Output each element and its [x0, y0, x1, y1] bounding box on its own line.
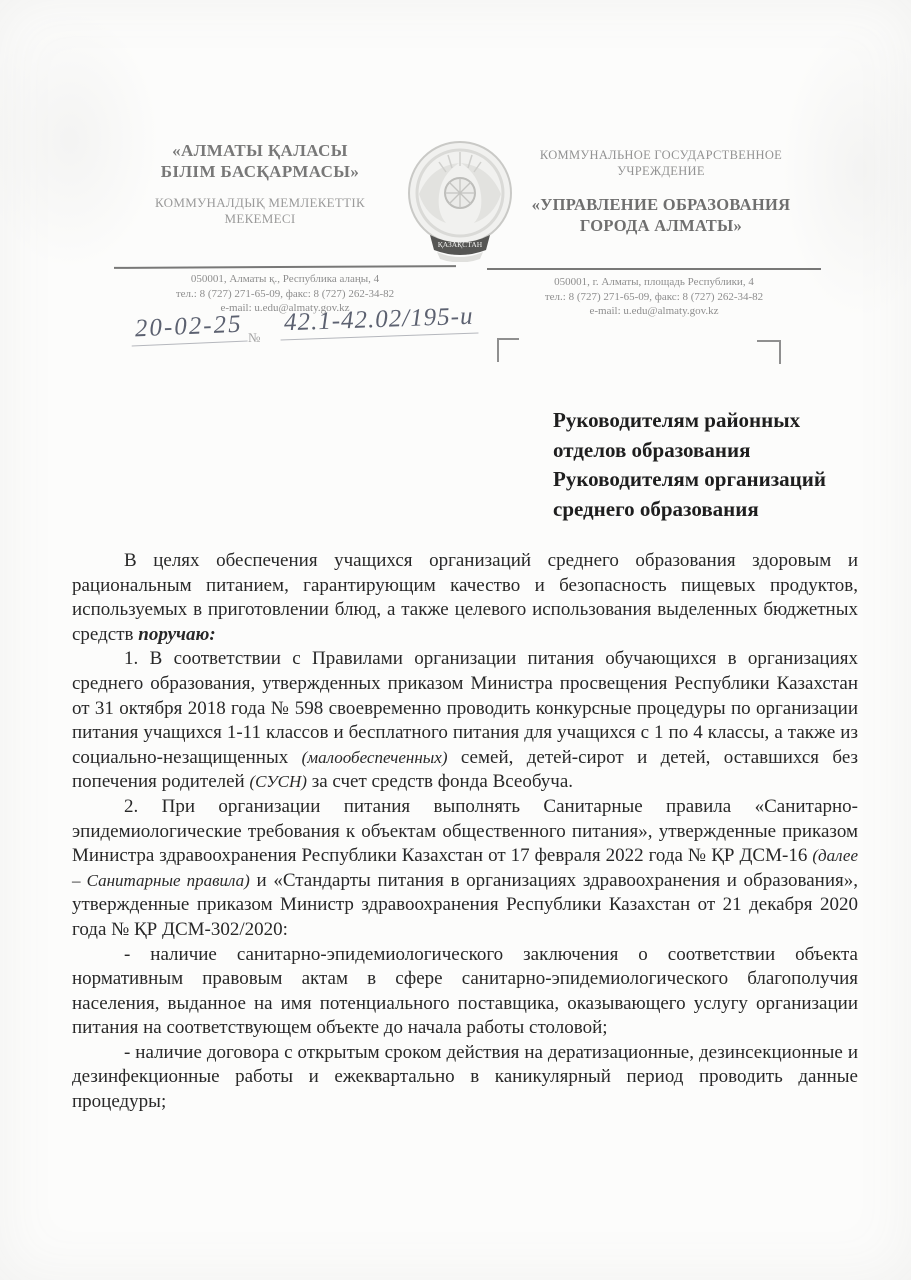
paragraph-item-2: 2. При организации питания выполнять Сан… [72, 795, 858, 943]
address-ru: 050001, г. Алматы, площадь Республики, 4 [487, 275, 821, 290]
contact-block-russian: 050001, г. Алматы, площадь Республики, 4… [487, 275, 821, 319]
letter-body: В целях обеспечения учащихся организаций… [72, 549, 858, 1115]
item2-text: 2. При организации питания выполнять Сан… [72, 796, 858, 866]
paragraph-bullet-1: - наличие санитарно-эпидемиологического … [72, 943, 858, 1041]
org-name-ru-line1: «УПРАВЛЕНИЕ ОБРАЗОВАНИЯ [503, 194, 819, 215]
item1-italic-note: (малообеспеченных) [302, 748, 448, 767]
org-type-ru-line1: КОММУНАЛЬНОЕ ГОСУДАРСТВЕННОЕ [503, 147, 819, 163]
paragraph-bullet-2: - наличие договора с открытым сроком дей… [72, 1041, 858, 1115]
addressee-line: Руководителям организаций [553, 465, 875, 495]
org-type-kk-line2: МЕКЕМЕСІ [118, 211, 402, 227]
org-block-kazakh: «АЛМАТЫ ҚАЛАСЫ БІЛІМ БАСҚАРМАСЫ» КОММУНА… [118, 140, 402, 227]
bullet1-text: - наличие санитарно-эпидемиологического … [72, 944, 858, 1039]
addressee-line: среднего образования [553, 495, 875, 525]
addressee-corner-mark-left [497, 338, 519, 362]
org-name-ru-line2: ГОРОДА АЛМАТЫ» [503, 215, 819, 236]
org-type-ru: КОММУНАЛЬНОЕ ГОСУДАРСТВЕННОЕ УЧРЕЖДЕНИЕ [503, 147, 819, 179]
address-kk: 050001, Алматы қ., Республика алаңы, 4 [114, 272, 456, 287]
org-type-ru-line2: УЧРЕЖДЕНИЕ [503, 163, 819, 179]
intro-emphasis: поручаю: [138, 624, 215, 645]
email-ru: e-mail: u.edu@almaty.gov.kz [487, 304, 821, 319]
phone-ru: тел.: 8 (727) 271-65-09, факс: 8 (727) 2… [487, 290, 821, 305]
addressee-block: Руководителям районных отделов образован… [553, 406, 875, 524]
letterhead-divider-left [114, 265, 456, 269]
number-sign: № [248, 330, 260, 346]
phone-kk: тел.: 8 (727) 271-65-09, факс: 8 (727) 2… [114, 287, 456, 302]
org-name-ru: «УПРАВЛЕНИЕ ОБРАЗОВАНИЯ ГОРОДА АЛМАТЫ» [503, 194, 819, 236]
handwritten-date: 20-02-25 [130, 310, 247, 346]
org-name-kk-line1: «АЛМАТЫ ҚАЛАСЫ [118, 140, 402, 161]
scanned-letter-page: «АЛМАТЫ ҚАЛАСЫ БІЛІМ БАСҚАРМАСЫ» КОММУНА… [0, 0, 911, 1280]
org-type-kk: КОММУНАЛДЫҚ МЕМЛЕКЕТТІК МЕКЕМЕСІ [118, 195, 402, 227]
item1-text: за счет средств фонда Всеобуча. [307, 771, 573, 792]
addressee-line: Руководителям районных [553, 406, 875, 436]
item1-italic-abbr: (СУСН) [249, 772, 307, 791]
emblem-banner-text: ҚАЗАҚСТАН [438, 240, 483, 249]
bullet2-text: - наличие договора с открытым сроком дей… [72, 1042, 858, 1112]
org-block-russian: КОММУНАЛЬНОЕ ГОСУДАРСТВЕННОЕ УЧРЕЖДЕНИЕ … [503, 147, 819, 236]
addressee-line: отделов образования [553, 436, 875, 466]
paragraph-intro: В целях обеспечения учащихся организаций… [72, 549, 858, 647]
handwritten-outgoing-number: 42.1-42.02/195-и [280, 303, 479, 341]
addressee-corner-mark-right [757, 340, 781, 364]
org-name-kk-line2: БІЛІМ БАСҚАРМАСЫ» [118, 161, 402, 182]
paragraph-item-1: 1. В соответствии с Правилами организаци… [72, 647, 858, 795]
letterhead-divider-right [487, 268, 821, 270]
org-type-kk-line1: КОММУНАЛДЫҚ МЕМЛЕКЕТТІК [118, 195, 402, 211]
